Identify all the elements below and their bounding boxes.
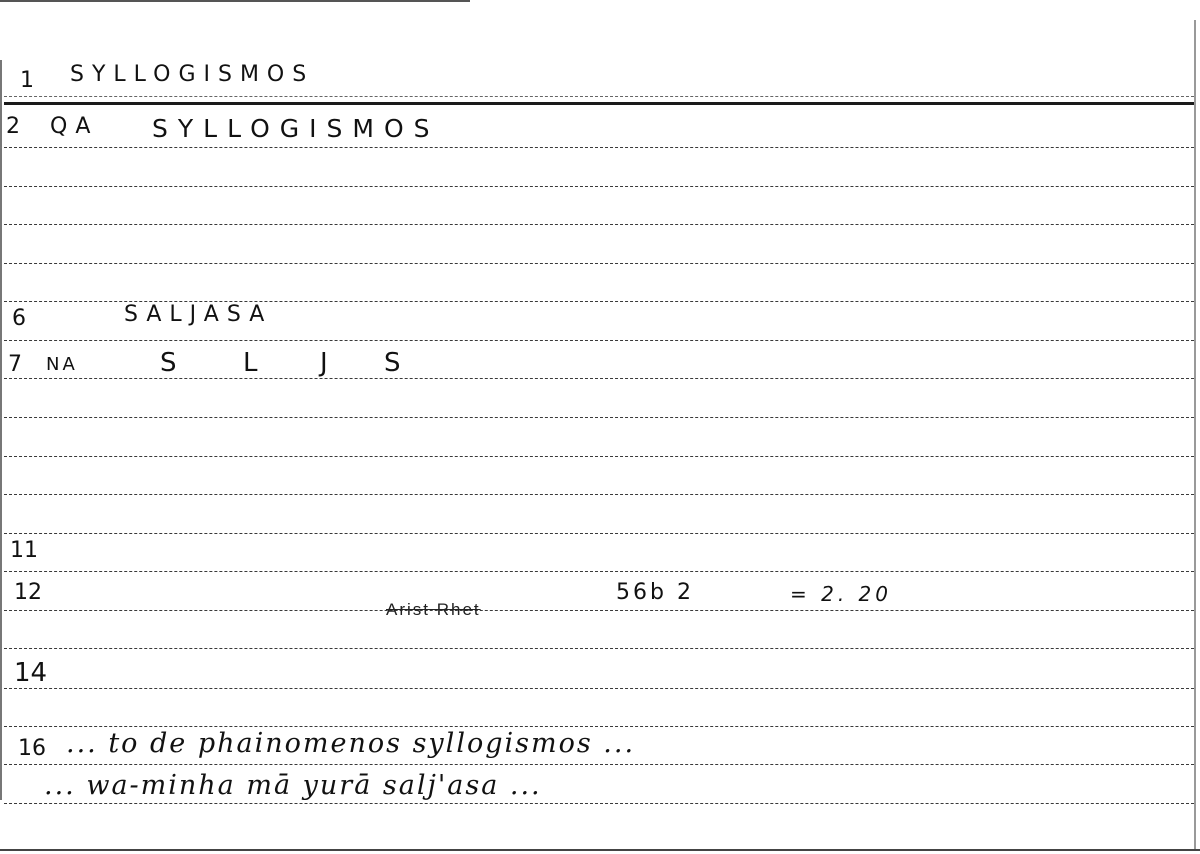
ruled-line xyxy=(4,571,1194,572)
lemma-greek-transliteration: SYLLOGISMOS xyxy=(152,114,440,143)
ruled-line xyxy=(4,263,1194,264)
arabic-quotation: ... wa-minha mā yurā salj'asa ... xyxy=(44,770,542,801)
ruled-line xyxy=(4,726,1194,727)
root-letter: J xyxy=(320,348,328,378)
line-number-14: 14 xyxy=(14,658,47,688)
line-number-7: 7 xyxy=(8,352,22,377)
index-card: 1 SYLLOGISMOS 2 QA SYLLOGISMOS 6 SALJASA… xyxy=(0,0,1200,854)
ruled-line xyxy=(4,494,1194,495)
source-reference: 56b 2 xyxy=(616,580,694,605)
line-number-2: 2 xyxy=(6,114,20,139)
lemma-arabic: SALJASA xyxy=(124,302,272,327)
line-2-prefix: QA xyxy=(50,114,98,139)
arabic-reference: = 2. 20 xyxy=(790,582,892,606)
ruled-line xyxy=(4,147,1194,148)
line-number-11: 11 xyxy=(10,538,38,563)
ruled-line xyxy=(4,378,1194,379)
ruled-line-header xyxy=(4,102,1194,105)
ruled-line xyxy=(4,186,1194,187)
ruled-line xyxy=(4,648,1194,649)
card-top-edge xyxy=(0,0,470,2)
card-bottom-edge xyxy=(0,849,1200,851)
source-citation: Arist Rhet xyxy=(386,600,481,620)
ruled-line xyxy=(4,533,1194,534)
root-letter: L xyxy=(243,348,258,378)
line-7-prefix: NA xyxy=(46,354,78,375)
ruled-line xyxy=(4,456,1194,457)
greek-quotation: ... to de phainomenos syllogismos ... xyxy=(66,728,635,759)
line-number-12: 12 xyxy=(14,580,42,605)
ruled-line xyxy=(4,417,1194,418)
ruled-line xyxy=(4,803,1194,804)
ruled-line xyxy=(4,764,1194,765)
ruled-line xyxy=(4,610,1194,611)
line-number-6: 6 xyxy=(12,306,26,331)
ruled-line xyxy=(4,224,1194,225)
ruled-line xyxy=(4,688,1194,689)
card-left-edge xyxy=(0,60,2,800)
root-letter: S xyxy=(160,348,177,378)
lemma-greek: SYLLOGISMOS xyxy=(70,62,314,87)
ruled-line xyxy=(4,340,1194,341)
card-right-edge xyxy=(1194,20,1196,850)
ruled-line xyxy=(4,96,1194,97)
line-number-1: 1 xyxy=(20,68,34,93)
root-letter: S xyxy=(384,348,401,378)
line-number-16: 16 xyxy=(18,736,46,761)
